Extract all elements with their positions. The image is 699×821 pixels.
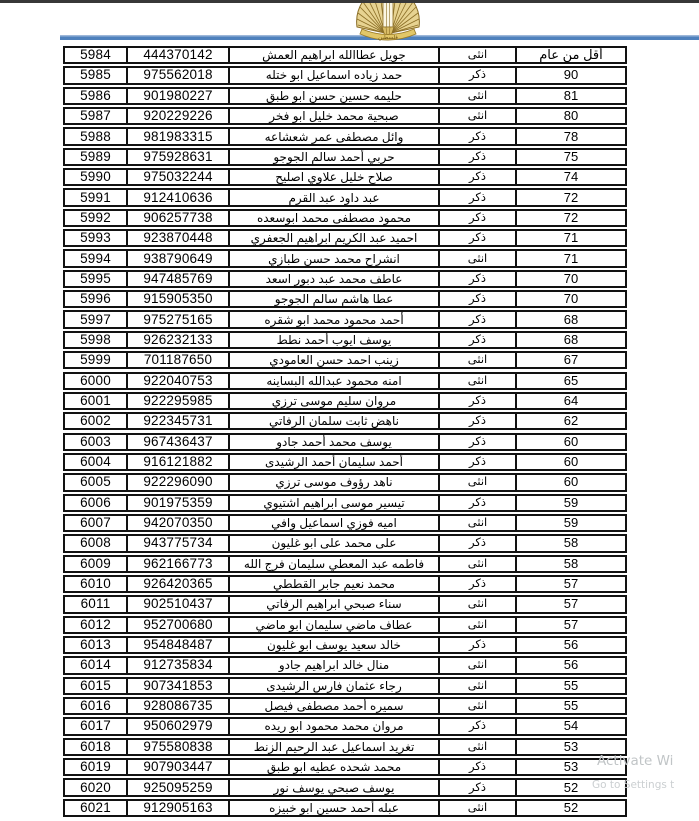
id-number-cell: 922296090 — [128, 475, 230, 489]
table-row: 6001 922295985 مروان سليم موسى ترزي ذكر … — [63, 392, 627, 410]
id-number-cell: 901980227 — [128, 89, 230, 103]
gender-cell: انثى — [440, 89, 517, 103]
full-name-cell: أحمد سليمان أحمد الرشيدى — [230, 455, 440, 469]
serial-number-cell: 6006 — [65, 496, 128, 510]
emblem-banner-text: فلسطين — [378, 35, 398, 41]
serial-number-cell: 5996 — [65, 292, 128, 306]
table-row: 5995 947485769 عاطف محمد عبد دبور اسعد ذ… — [63, 270, 627, 288]
full-name-cell: عبله أحمد حسين ابو خبيزه — [230, 801, 440, 815]
gender-cell: انثى — [440, 597, 517, 611]
age-cell: 59 — [517, 516, 625, 530]
gender-cell: انثى — [440, 801, 517, 815]
id-number-cell: 950602979 — [128, 719, 230, 733]
age-cell: 55 — [517, 699, 625, 713]
age-cell: 70 — [517, 272, 625, 286]
id-number-cell: 912905163 — [128, 801, 230, 815]
table-row: 6005 922296090 ناهد رؤوف موسى ترزي انثى … — [63, 473, 627, 491]
serial-number-cell: 6007 — [65, 516, 128, 530]
id-number-cell: 922345731 — [128, 414, 230, 428]
id-number-cell: 952700680 — [128, 618, 230, 632]
age-cell: 81 — [517, 89, 625, 103]
table-row: 5996 915905350 عطا هاشم سالم الجوجو ذكر … — [63, 290, 627, 308]
id-number-cell: 912410636 — [128, 190, 230, 204]
full-name-cell: تغريد اسماعيل عبد الرحيم الزنط — [230, 740, 440, 754]
id-number-cell: 938790649 — [128, 251, 230, 265]
age-cell: 58 — [517, 536, 625, 550]
age-cell: 72 — [517, 211, 625, 225]
records-table: 5984 444370142 جويل عطاالله ابراهيم العم… — [63, 46, 627, 819]
full-name-cell: عبد داود عبد القرم — [230, 190, 440, 204]
table-row: 6008 943775734 على محمد على ابو غليون ذك… — [63, 534, 627, 552]
age-cell: 53 — [517, 740, 625, 754]
gender-cell: ذكر — [440, 312, 517, 326]
id-number-cell: 954848487 — [128, 638, 230, 652]
serial-number-cell: 5987 — [65, 109, 128, 123]
full-name-cell: مروان محمد محمود ابو ريده — [230, 719, 440, 733]
table-row: 5991 912410636 عبد داود عبد القرم ذكر 72 — [63, 188, 627, 206]
gender-cell: انثى — [440, 48, 517, 62]
age-cell: أقل من عام — [517, 48, 625, 62]
full-name-cell: زينب احمد حسن العامودي — [230, 353, 440, 367]
gender-cell: ذكر — [440, 455, 517, 469]
id-number-cell: 901975359 — [128, 496, 230, 510]
gender-cell: ذكر — [440, 292, 517, 306]
gender-cell: انثى — [440, 699, 517, 713]
id-number-cell: 942070350 — [128, 516, 230, 530]
serial-number-cell: 5986 — [65, 89, 128, 103]
full-name-cell: سناء صبحي ابراهيم الرفاتي — [230, 597, 440, 611]
palestine-eagle-emblem-icon: فلسطين — [354, 1, 422, 43]
full-name-cell: حليمه حسين حسن ابو طبق — [230, 89, 440, 103]
table-row: 5993 923870448 احميد عبد الكريم ابراهيم … — [63, 229, 627, 247]
table-row: 5988 981983315 وائل مصطفى عمر شعشاعه ذكر… — [63, 127, 627, 145]
serial-number-cell: 6014 — [65, 658, 128, 672]
age-cell: 74 — [517, 170, 625, 184]
serial-number-cell: 6003 — [65, 435, 128, 449]
full-name-cell: عطا هاشم سالم الجوجو — [230, 292, 440, 306]
age-cell: 68 — [517, 312, 625, 326]
full-name-cell: تيسير موسى ابراهيم اشتيوي — [230, 496, 440, 510]
serial-number-cell: 6012 — [65, 618, 128, 632]
serial-number-cell: 5997 — [65, 312, 128, 326]
age-cell: 75 — [517, 150, 625, 164]
full-name-cell: محمد شحده عطيه ابو طبق — [230, 760, 440, 774]
gender-cell: ذكر — [440, 719, 517, 733]
id-number-cell: 916121882 — [128, 455, 230, 469]
full-name-cell: احميد عبد الكريم ابراهيم الجعفري — [230, 231, 440, 245]
table-row: 5990 975032244 صلاح خليل علاوي اصليح ذكر… — [63, 168, 627, 186]
age-cell: 60 — [517, 455, 625, 469]
age-cell: 60 — [517, 435, 625, 449]
age-cell: 58 — [517, 557, 625, 571]
table-row: 6006 901975359 تيسير موسى ابراهيم اشتيوي… — [63, 494, 627, 512]
gender-cell: ذكر — [440, 68, 517, 82]
age-cell: 80 — [517, 109, 625, 123]
age-cell: 68 — [517, 333, 625, 347]
serial-number-cell: 6009 — [65, 557, 128, 571]
gender-cell: ذكر — [440, 414, 517, 428]
full-name-cell: يوسف صبحي يوسف نور — [230, 780, 440, 794]
full-name-cell: جويل عطاالله ابراهيم العمش — [230, 48, 440, 62]
id-number-cell: 925095259 — [128, 780, 230, 794]
table-row: 6014 912735834 منال خالد ابراهيم جادو ان… — [63, 656, 627, 674]
full-name-cell: على محمد على ابو غليون — [230, 536, 440, 550]
gender-cell: انثى — [440, 374, 517, 388]
id-number-cell: 922040753 — [128, 374, 230, 388]
gender-cell: ذكر — [440, 435, 517, 449]
gender-cell: ذكر — [440, 272, 517, 286]
age-cell: 64 — [517, 394, 625, 408]
table-row: 5992 906257738 محمود مصطفى محمد ابوسعده … — [63, 209, 627, 227]
id-number-cell: 906257738 — [128, 211, 230, 225]
activate-windows-watermark-line2: Go to Settings t — [592, 779, 674, 791]
table-row: 6000 922040753 امنه محمود عبدالله البساي… — [63, 372, 627, 390]
gender-cell: انثى — [440, 251, 517, 265]
serial-number-cell: 5992 — [65, 211, 128, 225]
age-cell: 78 — [517, 129, 625, 143]
id-number-cell: 981983315 — [128, 129, 230, 143]
serial-number-cell: 5994 — [65, 251, 128, 265]
gender-cell: ذكر — [440, 760, 517, 774]
gender-cell: ذكر — [440, 638, 517, 652]
serial-number-cell: 6017 — [65, 719, 128, 733]
full-name-cell: وائل مصطفى عمر شعشاعه — [230, 129, 440, 143]
serial-number-cell: 5991 — [65, 190, 128, 204]
gender-cell: انثى — [440, 618, 517, 632]
serial-number-cell: 6005 — [65, 475, 128, 489]
full-name-cell: أحمد محمود محمد ابو شقره — [230, 312, 440, 326]
gender-cell: انثى — [440, 516, 517, 530]
table-row: 6009 962166773 فاطمه عبد المعطي سليمان ف… — [63, 555, 627, 573]
full-name-cell: محمد نعيم جابر القططي — [230, 577, 440, 591]
gender-cell: انثى — [440, 557, 517, 571]
id-number-cell: 922295985 — [128, 394, 230, 408]
table-row: 5999 701187650 زينب احمد حسن العامودي ان… — [63, 351, 627, 369]
serial-number-cell: 6020 — [65, 780, 128, 794]
gender-cell: ذكر — [440, 780, 517, 794]
id-number-cell: 907341853 — [128, 679, 230, 693]
gender-cell: انثى — [440, 353, 517, 367]
serial-number-cell: 6001 — [65, 394, 128, 408]
age-cell: 70 — [517, 292, 625, 306]
serial-number-cell: 6004 — [65, 455, 128, 469]
serial-number-cell: 6011 — [65, 597, 128, 611]
gender-cell: ذكر — [440, 394, 517, 408]
top-window-edge-bar — [0, 0, 699, 3]
id-number-cell: 920229226 — [128, 109, 230, 123]
age-cell: 65 — [517, 374, 625, 388]
id-number-cell: 923870448 — [128, 231, 230, 245]
gender-cell: ذكر — [440, 211, 517, 225]
serial-number-cell: 5989 — [65, 150, 128, 164]
id-number-cell: 926420365 — [128, 577, 230, 591]
age-cell: 57 — [517, 597, 625, 611]
table-row: 5994 938790649 انشراح محمد حسن طبازي انث… — [63, 249, 627, 267]
age-cell: 62 — [517, 414, 625, 428]
table-row: 5989 975928631 حربي أحمد سالم الجوجو ذكر… — [63, 148, 627, 166]
gender-cell: انثى — [440, 658, 517, 672]
full-name-cell: ناهض ثابت سلمان الرفاتي — [230, 414, 440, 428]
gender-cell: ذكر — [440, 129, 517, 143]
serial-number-cell: 6015 — [65, 679, 128, 693]
id-number-cell: 907903447 — [128, 760, 230, 774]
gender-cell: ذكر — [440, 333, 517, 347]
full-name-cell: سميره أحمد مصطفى فيصل — [230, 699, 440, 713]
serial-number-cell: 6010 — [65, 577, 128, 591]
age-cell: 56 — [517, 658, 625, 672]
serial-number-cell: 5999 — [65, 353, 128, 367]
id-number-cell: 902510437 — [128, 597, 230, 611]
id-number-cell: 928086735 — [128, 699, 230, 713]
id-number-cell: 975032244 — [128, 170, 230, 184]
full-name-cell: ناهد رؤوف موسى ترزي — [230, 475, 440, 489]
table-row: 6013 954848487 خالد سعيد يوسف ابو غليون … — [63, 636, 627, 654]
age-cell: 67 — [517, 353, 625, 367]
full-name-cell: يوسف محمد أحمد جادو — [230, 435, 440, 449]
age-cell: 56 — [517, 638, 625, 652]
serial-number-cell: 5995 — [65, 272, 128, 286]
age-cell: 59 — [517, 496, 625, 510]
serial-number-cell: 5990 — [65, 170, 128, 184]
table-row: 6010 926420365 محمد نعيم جابر القططي ذكر… — [63, 575, 627, 593]
full-name-cell: رجاء عثمان فارس الرشيدى — [230, 679, 440, 693]
full-name-cell: يوسف ايوب أحمد نطط — [230, 333, 440, 347]
table-row: 6007 942070350 اميه فوزي اسماعيل وافي ان… — [63, 514, 627, 532]
gender-cell: انثى — [440, 679, 517, 693]
table-row: 6016 928086735 سميره أحمد مصطفى فيصل انث… — [63, 697, 627, 715]
table-row: 6011 902510437 سناء صبحي ابراهيم الرفاتي… — [63, 595, 627, 613]
table-row: 6020 925095259 يوسف صبحي يوسف نور ذكر 52 — [63, 778, 627, 796]
gender-cell: انثى — [440, 740, 517, 754]
serial-number-cell: 6008 — [65, 536, 128, 550]
serial-number-cell: 6018 — [65, 740, 128, 754]
full-name-cell: محمود مصطفى محمد ابوسعده — [230, 211, 440, 225]
serial-number-cell: 6013 — [65, 638, 128, 652]
id-number-cell: 962166773 — [128, 557, 230, 571]
id-number-cell: 943775734 — [128, 536, 230, 550]
id-number-cell: 975275165 — [128, 312, 230, 326]
age-cell: 72 — [517, 190, 625, 204]
age-cell: 60 — [517, 475, 625, 489]
full-name-cell: انشراح محمد حسن طبازي — [230, 251, 440, 265]
id-number-cell: 701187650 — [128, 353, 230, 367]
serial-number-cell: 5984 — [65, 48, 128, 62]
age-cell: 52 — [517, 801, 625, 815]
age-cell: 90 — [517, 68, 625, 82]
gender-cell: ذكر — [440, 536, 517, 550]
serial-number-cell: 5985 — [65, 68, 128, 82]
full-name-cell: صبحية محمد خليل ابو فخر — [230, 109, 440, 123]
id-number-cell: 912735834 — [128, 658, 230, 672]
full-name-cell: امنه محمود عبدالله البساينه — [230, 374, 440, 388]
age-cell: 71 — [517, 231, 625, 245]
gender-cell: ذكر — [440, 190, 517, 204]
age-cell: 57 — [517, 618, 625, 632]
age-cell: 55 — [517, 679, 625, 693]
table-row: 6017 950602979 مروان محمد محمود ابو ريده… — [63, 717, 627, 735]
id-number-cell: 915905350 — [128, 292, 230, 306]
serial-number-cell: 5988 — [65, 129, 128, 143]
table-row: 6021 912905163 عبله أحمد حسين ابو خبيزه … — [63, 799, 627, 817]
serial-number-cell: 5993 — [65, 231, 128, 245]
gender-cell: ذكر — [440, 231, 517, 245]
age-cell: 71 — [517, 251, 625, 265]
table-row: 6004 916121882 أحمد سليمان أحمد الرشيدى … — [63, 453, 627, 471]
id-number-cell: 926232133 — [128, 333, 230, 347]
serial-number-cell: 6019 — [65, 760, 128, 774]
id-number-cell: 947485769 — [128, 272, 230, 286]
gender-cell: ذكر — [440, 150, 517, 164]
full-name-cell: حمد زياده اسماعيل ابو ختله — [230, 68, 440, 82]
table-row: 5986 901980227 حليمه حسين حسن ابو طبق ان… — [63, 87, 627, 105]
table-row: 5997 975275165 أحمد محمود محمد ابو شقره … — [63, 310, 627, 328]
gender-cell: ذكر — [440, 496, 517, 510]
serial-number-cell: 6002 — [65, 414, 128, 428]
full-name-cell: صلاح خليل علاوي اصليح — [230, 170, 440, 184]
gender-cell: ذكر — [440, 170, 517, 184]
gender-cell: ذكر — [440, 577, 517, 591]
gender-cell: انثى — [440, 475, 517, 489]
full-name-cell: حربي أحمد سالم الجوجو — [230, 150, 440, 164]
id-number-cell: 444370142 — [128, 48, 230, 62]
table-row: 6019 907903447 محمد شحده عطيه ابو طبق ذك… — [63, 758, 627, 776]
full-name-cell: اميه فوزي اسماعيل وافي — [230, 516, 440, 530]
full-name-cell: منال خالد ابراهيم جادو — [230, 658, 440, 672]
table-row: 5984 444370142 جويل عطاالله ابراهيم العم… — [63, 46, 627, 64]
table-row: 5987 920229226 صبحية محمد خليل ابو فخر ا… — [63, 107, 627, 125]
id-number-cell: 975580838 — [128, 740, 230, 754]
full-name-cell: عطاف ماضي سليمان ابو ماضي — [230, 618, 440, 632]
serial-number-cell: 6021 — [65, 801, 128, 815]
table-row: 6002 922345731 ناهض ثابت سلمان الرفاتي ذ… — [63, 412, 627, 430]
age-cell: 54 — [517, 719, 625, 733]
full-name-cell: فاطمه عبد المعطي سليمان فرج الله — [230, 557, 440, 571]
id-number-cell: 975562018 — [128, 68, 230, 82]
document-page: فلسطين 5984 444370142 جويل عطاالله ابراه… — [0, 0, 699, 821]
table-row: 6015 907341853 رجاء عثمان فارس الرشيدى ا… — [63, 677, 627, 695]
full-name-cell: مروان سليم موسى ترزي — [230, 394, 440, 408]
serial-number-cell: 5998 — [65, 333, 128, 347]
age-cell: 57 — [517, 577, 625, 591]
activate-windows-watermark-line1: Activate Wi — [597, 753, 673, 769]
id-number-cell: 975928631 — [128, 150, 230, 164]
full-name-cell: خالد سعيد يوسف ابو غليون — [230, 638, 440, 652]
table-row: 5985 975562018 حمد زياده اسماعيل ابو ختل… — [63, 66, 627, 84]
table-row: 6003 967436437 يوسف محمد أحمد جادو ذكر 6… — [63, 433, 627, 451]
table-row: 5998 926232133 يوسف ايوب أحمد نطط ذكر 68 — [63, 331, 627, 349]
gender-cell: انثى — [440, 109, 517, 123]
table-row: 6018 975580838 تغريد اسماعيل عبد الرحيم … — [63, 738, 627, 756]
serial-number-cell: 6000 — [65, 374, 128, 388]
full-name-cell: عاطف محمد عبد دبور اسعد — [230, 272, 440, 286]
serial-number-cell: 6016 — [65, 699, 128, 713]
id-number-cell: 967436437 — [128, 435, 230, 449]
table-row: 6012 952700680 عطاف ماضي سليمان ابو ماضي… — [63, 616, 627, 634]
